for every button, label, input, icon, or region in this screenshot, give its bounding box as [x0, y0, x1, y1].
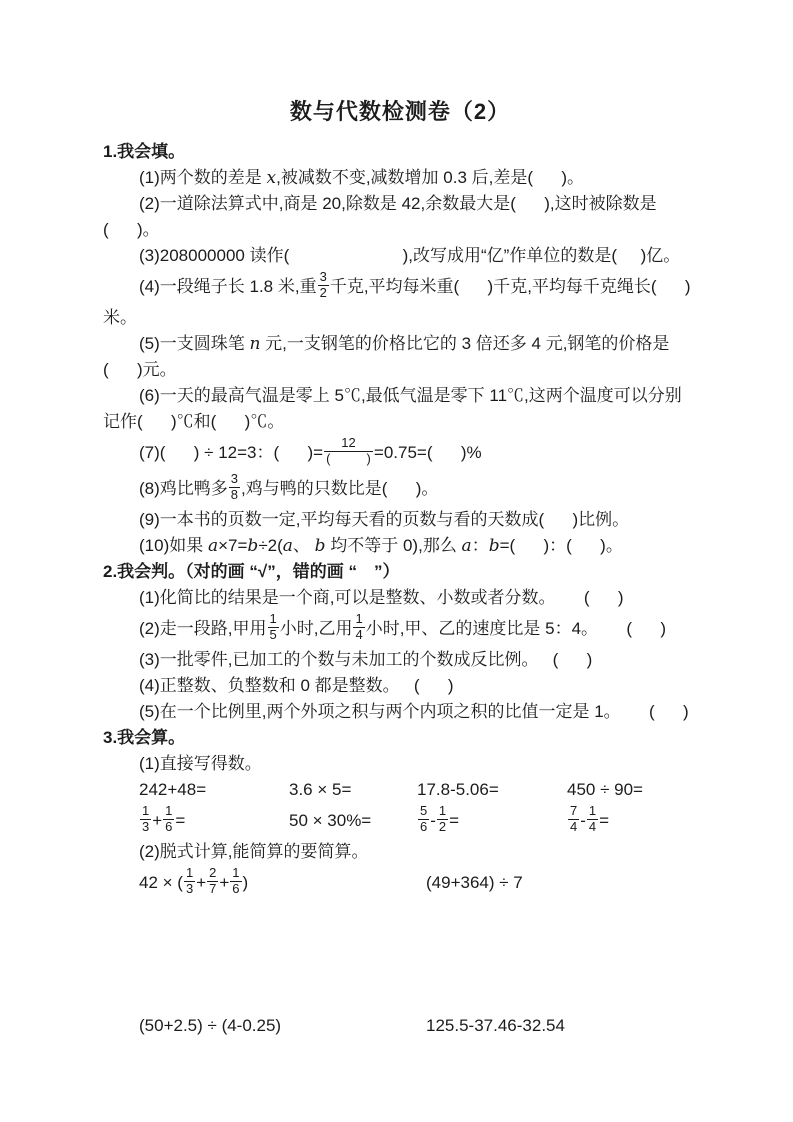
question-line: (4)一段绳子长 1.8 米,重32千克,平均每米重( )千克,平均每千克绳长(…	[103, 269, 697, 305]
calc-cell: 125.5-37.46-32.54	[426, 1013, 697, 1039]
calc-cell: 17.8-5.06=	[417, 777, 567, 803]
fraction: 74	[567, 804, 580, 835]
fraction-denominator: 6	[163, 820, 174, 835]
text-run: =	[599, 811, 609, 830]
calc-row: 242+48=3.6 × 5=17.8-5.06=450 ÷ 90=	[103, 777, 697, 803]
fraction-numerator: 1	[437, 804, 448, 820]
math-variable: b	[315, 536, 326, 556]
text-run: (2)一道除法算式中,商是 20,除数是 42,余数最大是( ),这时被除数是	[139, 194, 657, 213]
text-run: 450 ÷ 90=	[567, 780, 643, 799]
text-run: 3.我会算。	[103, 728, 185, 747]
fraction: 15	[267, 612, 280, 643]
fraction-numerator: 3	[318, 270, 329, 286]
math-variable: a	[208, 536, 218, 556]
question-line: (1)直接写得数。	[103, 751, 697, 777]
fraction-numerator: 1	[230, 866, 241, 882]
text-run: 记作( )℃和( )℃。	[103, 412, 284, 431]
fraction: 27	[206, 866, 219, 897]
fraction-numerator: 12	[324, 436, 373, 452]
math-variable: b	[247, 536, 258, 556]
text-run: =0.75=( )%	[374, 443, 482, 462]
question-line: 记作( )℃和( )℃。	[103, 409, 697, 435]
fraction-denominator: 4	[353, 628, 364, 643]
question-line: (4)正整数、负整数和 0 都是整数。 ( )	[103, 673, 697, 699]
calc-cell: 3.6 × 5=	[289, 777, 417, 803]
question-line: (10)如果 a×7=b÷2(a、 b 均不等于 0),那么 a：b=( )：(…	[103, 533, 697, 559]
question-line: (8)鸡比鸭多38,鸡与鸭的只数比是( )。	[103, 471, 697, 507]
fraction: 16	[162, 804, 175, 835]
text-run: (3)一批零件,已加工的个数与未加工的个数成反比例。 ( )	[139, 650, 592, 669]
text-run: 17.8-5.06=	[417, 780, 499, 799]
fraction-numerator: 1	[184, 866, 195, 882]
text-run: =	[175, 811, 185, 830]
fraction-denominator: 3	[140, 820, 151, 835]
math-variable: b	[489, 536, 500, 556]
math-variable: a	[283, 536, 293, 556]
question-line: (6)一天的最高气温是零上 5℃,最低气温是零下 11℃,这两个温度可以分别	[103, 383, 697, 409]
text-run: 米。	[103, 308, 137, 327]
fraction-denominator: 6	[230, 882, 241, 897]
text-run: +	[196, 873, 206, 892]
text-run: 元,一支钢笔的价格比它的 3 倍还多 4 元,钢笔的价格是	[260, 334, 669, 353]
calc-cell: 13+16=	[139, 803, 289, 839]
fraction: 13	[139, 804, 152, 835]
calc-cell: 242+48=	[139, 777, 289, 803]
fraction: 13	[183, 866, 196, 897]
text-run: 2.我会判。（对的画 “√”，错的画 “ ”）	[103, 562, 399, 581]
fraction-denominator: 2	[437, 820, 448, 835]
calc-cell: (50+2.5) ÷ (4-0.25)	[139, 1013, 426, 1039]
fraction-denominator: 4	[587, 820, 598, 835]
fraction-denominator: 6	[418, 820, 429, 835]
calc-cell: 450 ÷ 90=	[567, 777, 697, 803]
question-line: ( )。	[103, 217, 697, 243]
fraction: 56	[417, 804, 430, 835]
text-run: 125.5-37.46-32.54	[426, 1016, 565, 1035]
text-run: (1)直接写得数。	[139, 754, 262, 773]
calc-cell: 74-14=	[567, 803, 697, 839]
text-run: (6)一天的最高气温是零上 5℃,最低气温是零下 11℃,这两个温度可以分别	[139, 386, 682, 405]
text-run: 1.我会填。	[103, 142, 185, 161]
question-line: ( )元。	[103, 357, 697, 383]
section-heading: 2.我会判。（对的画 “√”，错的画 “ ”）	[103, 559, 697, 585]
fraction-denominator: 4	[568, 820, 579, 835]
fraction: 14	[586, 804, 599, 835]
text-run: (7)( ) ÷ 12=3：( )=	[139, 443, 323, 462]
fraction-numerator: 1	[353, 612, 364, 628]
text-run: 42 × (	[139, 873, 183, 892]
text-run: ( )。	[103, 220, 160, 239]
fraction: 12	[436, 804, 449, 835]
text-run: ,被减数不变,减数增加 0.3 后,差是( )。	[276, 168, 584, 187]
calc-cell: 50 × 30%=	[289, 803, 417, 839]
fraction-numerator: 3	[229, 472, 240, 488]
question-line: (2)走一段路,甲用15小时,乙用14小时,甲、乙的速度比是 5：4。 ( )	[103, 611, 697, 647]
text-run: 3.6 × 5=	[289, 780, 351, 799]
question-line: (2)一道除法算式中,商是 20,除数是 42,余数最大是( ),这时被除数是	[103, 191, 697, 217]
text-run: )	[243, 873, 249, 892]
text-run: 50 × 30%=	[289, 811, 371, 830]
math-variable: a	[462, 536, 472, 556]
text-run: (2)走一段路,甲用	[139, 619, 267, 638]
fraction-numerator: 7	[568, 804, 579, 820]
text-run: ( )元。	[103, 360, 177, 379]
text-run: ：	[472, 536, 489, 555]
section-heading: 1.我会填。	[103, 139, 697, 165]
math-variable: x	[267, 168, 277, 188]
question-line: (7)( ) ÷ 12=3：( )=12( )=0.75=( )%	[103, 435, 697, 471]
text-run: ×7=	[218, 536, 247, 555]
calc-row: 42 × (13+27+16)(49+364) ÷ 7	[103, 865, 697, 901]
question-line: (3)一批零件,已加工的个数与未加工的个数成反比例。 ( )	[103, 647, 697, 673]
fraction: 32	[317, 270, 330, 301]
text-run: 小时,甲、乙的速度比是 5：4。 ( )	[366, 619, 666, 638]
question-line: (9)一本书的页数一定,平均每天看的页数与看的天数成( )比例。	[103, 507, 697, 533]
text-run: 小时,乙用	[280, 619, 353, 638]
question-line: 米。	[103, 305, 697, 331]
calc-cell: 42 × (13+27+16)	[139, 865, 426, 901]
calc-row: (50+2.5) ÷ (4-0.25)125.5-37.46-32.54	[103, 1013, 697, 1039]
text-run: (2)脱式计算,能简算的要简算。	[139, 842, 369, 861]
fraction: 16	[229, 866, 242, 897]
text-run: =( )：( )。	[500, 536, 623, 555]
fraction: 14	[352, 612, 365, 643]
fraction-numerator: 1	[587, 804, 598, 820]
text-run: 千克,平均每米重( )千克,平均每千克绳长( )	[330, 277, 691, 296]
text-run: (4)一段绳子长 1.8 米,重	[139, 277, 317, 296]
fraction-numerator: 1	[140, 804, 151, 820]
page-title: 数与代数检测卷（2）	[103, 97, 697, 127]
calc-row: 13+16=50 × 30%=56-12=74-14=	[103, 803, 697, 839]
fraction-denominator: 3	[184, 882, 195, 897]
text-run: (5)一支圆珠笔	[139, 334, 250, 353]
text-run: (50+2.5) ÷ (4-0.25)	[139, 1016, 281, 1035]
fraction-denominator: 2	[318, 286, 329, 301]
fraction-denominator: 5	[268, 628, 279, 643]
text-run: ÷2(	[258, 536, 282, 555]
text-run: +	[219, 873, 229, 892]
fraction-denominator: 8	[229, 488, 240, 503]
text-run: (10)如果	[139, 536, 208, 555]
fraction-numerator: 1	[163, 804, 174, 820]
text-run: (4)正整数、负整数和 0 都是整数。 ( )	[139, 676, 454, 695]
text-run: ,鸡与鸭的只数比是( )。	[241, 479, 438, 498]
fraction-numerator: 1	[268, 612, 279, 628]
fraction: 12( )	[323, 436, 374, 467]
text-run: 、	[293, 536, 315, 555]
spacer	[103, 901, 697, 1013]
text-run: 均不等于 0),那么	[326, 536, 462, 555]
text-run: (8)鸡比鸭多	[139, 479, 228, 498]
fraction-denominator: 7	[207, 882, 218, 897]
fraction-numerator: 5	[418, 804, 429, 820]
calc-cell: (49+364) ÷ 7	[426, 865, 697, 901]
fraction-denominator: ( )	[324, 452, 373, 467]
question-line: (3)208000000 读作( ),改写成用“亿”作单位的数是( )亿。	[103, 243, 697, 269]
text-run: (1)化简比的结果是一个商,可以是整数、小数或者分数。 ( )	[139, 588, 624, 607]
doc-content: 1.我会填。(1)两个数的差是 x,被减数不变,减数增加 0.3 后,差是( )…	[103, 139, 697, 1039]
text-run: (49+364) ÷ 7	[426, 873, 523, 892]
question-line: (5)一支圆珠笔 n 元,一支钢笔的价格比它的 3 倍还多 4 元,钢笔的价格是	[103, 331, 697, 357]
question-line: (5)在一个比例里,两个外项之积与两个内项之积的比值一定是 1。 ( )	[103, 699, 697, 725]
text-run: (1)两个数的差是	[139, 168, 267, 187]
question-line: (1)两个数的差是 x,被减数不变,减数增加 0.3 后,差是( )。	[103, 165, 697, 191]
text-run: (5)在一个比例里,两个外项之积与两个内项之积的比值一定是 1。 ( )	[139, 702, 689, 721]
text-run: (9)一本书的页数一定,平均每天看的页数与看的天数成( )比例。	[139, 510, 629, 529]
section-heading: 3.我会算。	[103, 725, 697, 751]
calc-cell: 56-12=	[417, 803, 567, 839]
worksheet-page: 数与代数检测卷（2） 1.我会填。(1)两个数的差是 x,被减数不变,减数增加 …	[0, 0, 793, 1122]
question-line: (1)化简比的结果是一个商,可以是整数、小数或者分数。 ( )	[103, 585, 697, 611]
text-run: =	[449, 811, 459, 830]
text-run: +	[152, 811, 162, 830]
text-run: (3)208000000 读作( ),改写成用“亿”作单位的数是( )亿。	[139, 246, 680, 265]
text-run: 242+48=	[139, 780, 206, 799]
question-line: (2)脱式计算,能简算的要简算。	[103, 839, 697, 865]
fraction: 38	[228, 472, 241, 503]
math-variable: n	[250, 334, 261, 354]
fraction-numerator: 2	[207, 866, 218, 882]
